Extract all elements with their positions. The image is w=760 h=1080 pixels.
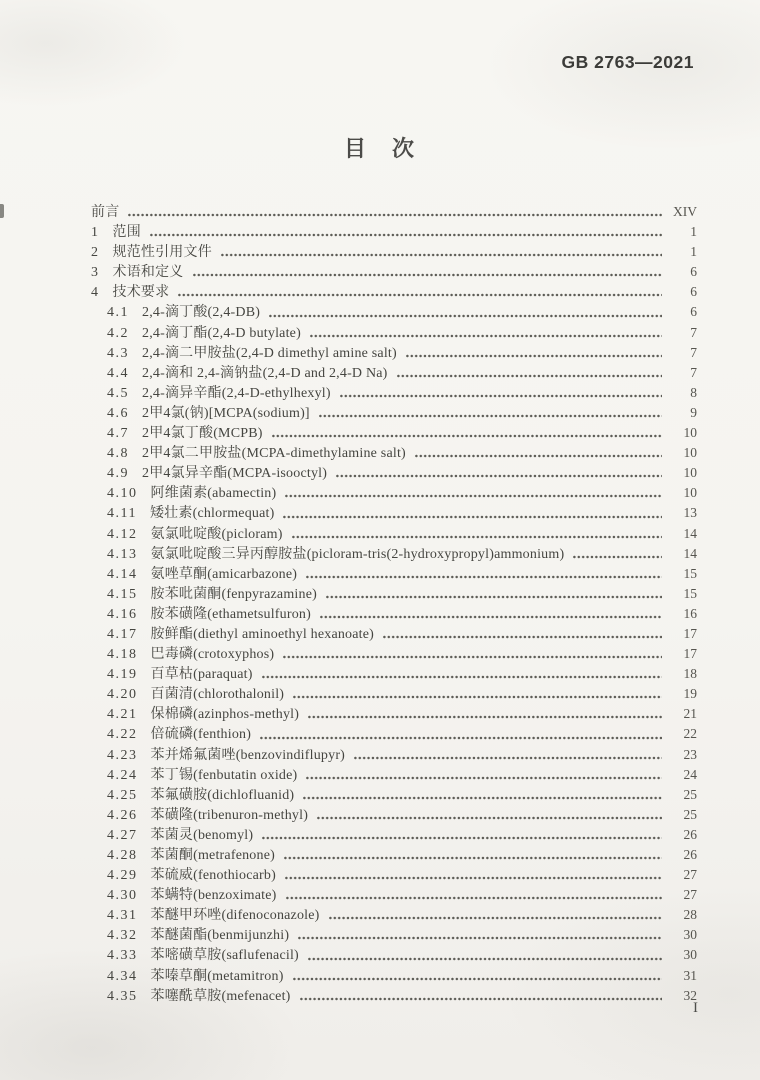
toc-entry: 4.32 苯醚菌酯(benmijunzhi) 30	[91, 924, 697, 944]
toc-entry: 4.14 氨唑草酮(amicarbazone) 15	[91, 563, 697, 583]
toc-entry-number: 4.22	[107, 727, 138, 743]
toc-entry: 4 技术要求 6	[91, 281, 697, 301]
toc-entry-page: 17	[667, 626, 697, 642]
toc-entry-number: 4.26	[107, 808, 138, 824]
toc-entry: 4.33 苯嘧磺草胺(saflufenacil) 30	[91, 944, 697, 964]
toc-entry: 4.34 苯嗪草酮(metamitron) 31	[91, 965, 697, 985]
toc-entry: 4.5 2,4-滴异辛酯(2,4-D-ethylhexyl) 8	[91, 382, 697, 402]
toc-entry-number: 4.20	[107, 687, 138, 703]
dotted-leader	[406, 354, 662, 358]
toc-entry: 4.15 胺苯吡菌酮(fenpyrazamine) 15	[91, 583, 697, 603]
dotted-leader	[285, 494, 662, 498]
toc-entry-number: 4.19	[107, 667, 138, 683]
toc-entry-page: 10	[667, 465, 697, 481]
toc-entry-page: 27	[667, 867, 697, 883]
toc-entry-label: 倍硫磷(fenthion)	[151, 723, 252, 743]
toc-entry-page: 6	[667, 284, 697, 300]
toc-entry-page: 21	[667, 706, 697, 722]
toc-entry-page: 6	[667, 264, 697, 280]
toc-entry-page: 30	[667, 927, 697, 943]
toc-entry: 4.30 苯螨特(benzoximate) 27	[91, 884, 697, 904]
toc-entry-label: 2,4-滴异辛酯(2,4-D-ethylhexyl)	[142, 382, 331, 402]
toc-entry: 4.8 2甲4氯二甲胺盐(MCPA-dimethylamine salt) 10	[91, 442, 697, 462]
toc-entry-page: 15	[667, 566, 697, 582]
toc-entry-page: 26	[667, 827, 697, 843]
dotted-leader	[303, 796, 662, 800]
document-page: GB 2763—2021 目 次 前言 XIV 1 范围 1 2 规范性引用文件…	[0, 0, 760, 1080]
dotted-leader	[573, 555, 662, 559]
dotted-leader	[329, 916, 662, 920]
scan-artifact	[0, 204, 4, 218]
toc-entry-label: 苯丁锡(fenbutatin oxide)	[151, 764, 298, 784]
toc-entry: 4.24 苯丁锡(fenbutatin oxide) 24	[91, 764, 697, 784]
dotted-leader	[340, 394, 662, 398]
toc-entry-number: 4.29	[107, 868, 138, 884]
toc-entry-page: 7	[667, 345, 697, 361]
standard-code: GB 2763—2021	[562, 52, 694, 73]
dotted-leader	[260, 736, 662, 740]
toc-entry-label: 苯噻酰草胺(mefenacet)	[151, 985, 291, 1005]
dotted-leader	[383, 635, 662, 639]
toc-entry: 2 规范性引用文件 1	[91, 241, 697, 261]
toc-entry-label: 苯螨特(benzoximate)	[151, 884, 277, 904]
toc-entry: 4.7 2甲4氯丁酸(MCPB) 10	[91, 422, 697, 442]
toc-entry-number: 4.34	[107, 969, 138, 985]
toc-entry-label: 前言	[91, 201, 119, 221]
dotted-leader	[221, 253, 662, 257]
toc-entry-label: 苯醚菌酯(benmijunzhi)	[151, 924, 290, 944]
toc-entry: 4.22 倍硫磷(fenthion) 22	[91, 723, 697, 743]
toc-entry-label: 苯嘧磺草胺(saflufenacil)	[151, 944, 299, 964]
toc-entry-number: 1	[91, 225, 100, 241]
toc-entry-label: 苯菌灵(benomyl)	[151, 824, 254, 844]
toc-entry-page: 10	[667, 445, 697, 461]
toc-entry-label: 苯氟磺胺(dichlofluanid)	[151, 784, 295, 804]
toc-entry-page: 30	[667, 947, 697, 963]
toc-entry-number: 4.8	[107, 446, 129, 462]
toc-entry-label: 术语和定义	[113, 261, 184, 281]
toc-entry-number: 4.17	[107, 627, 138, 643]
toc-entry-page: 10	[667, 485, 697, 501]
toc-entry-label: 2甲4氯(钠)[MCPA(sodium)]	[142, 402, 310, 422]
toc-entry-label: 2甲4氯异辛酯(MCPA-isooctyl)	[142, 462, 327, 482]
toc-entry-label: 阿维菌素(abamectin)	[151, 482, 277, 502]
toc-entry: 4.12 氨氯吡啶酸(picloram) 14	[91, 523, 697, 543]
toc-entry: 4.27 苯菌灵(benomyl) 26	[91, 824, 697, 844]
toc-entry-label: 矮壮素(chlormequat)	[150, 502, 275, 522]
toc-entry-label: 苯并烯氟菌唑(benzovindiflupyr)	[151, 744, 346, 764]
toc-entry-number: 4.7	[107, 426, 129, 442]
dotted-leader	[178, 293, 662, 297]
toc-entry-label: 2甲4氯二甲胺盐(MCPA-dimethylamine salt)	[142, 442, 406, 462]
toc-entry: 4.19 百草枯(paraquat) 18	[91, 663, 697, 683]
toc-entry-number: 4.25	[107, 788, 138, 804]
toc-entry-number: 4.23	[107, 748, 138, 764]
toc-entry-page: 28	[667, 907, 697, 923]
dotted-leader	[310, 334, 662, 338]
toc-entry-label: 2,4-滴丁酯(2,4-D butylate)	[142, 322, 301, 342]
toc-entry: 4.3 2,4-滴二甲胺盐(2,4-D dimethyl amine salt)…	[91, 342, 697, 362]
toc-entry-number: 4.33	[107, 948, 138, 964]
toc-entry: 4.4 2,4-滴和 2,4-滴钠盐(2,4-D and 2,4-D Na) 7	[91, 362, 697, 382]
toc-entry-label: 胺鲜酯(diethyl aminoethyl hexanoate)	[151, 623, 375, 643]
toc-entry: 4.35 苯噻酰草胺(mefenacet) 32	[91, 985, 697, 1005]
toc-entry-page: 7	[667, 325, 697, 341]
toc-entry-label: 苯菌酮(metrafenone)	[151, 844, 275, 864]
dotted-leader	[262, 675, 662, 679]
toc-entry-number: 4.30	[107, 888, 138, 904]
toc-entry-number: 4.35	[107, 989, 138, 1005]
dotted-leader	[306, 776, 662, 780]
toc-entry-page: 23	[667, 747, 697, 763]
toc-entry-page: 31	[667, 968, 697, 984]
toc-entry-number: 4.9	[107, 466, 129, 482]
dotted-leader	[306, 575, 662, 579]
toc-entry-label: 百草枯(paraquat)	[151, 663, 253, 683]
dotted-leader	[298, 936, 662, 940]
toc-entry: 4.11 矮壮素(chlormequat) 13	[91, 502, 697, 522]
dotted-leader	[283, 515, 662, 519]
toc-entry-page: 24	[667, 767, 697, 783]
dotted-leader	[308, 957, 662, 961]
toc-entry-label: 范围	[113, 221, 141, 241]
toc-entry-page: 14	[667, 546, 697, 562]
toc-entry-label: 2甲4氯丁酸(MCPB)	[142, 422, 263, 442]
toc-entry-label: 百菌清(chlorothalonil)	[151, 683, 285, 703]
toc-entry-page: 17	[667, 646, 697, 662]
dotted-leader	[292, 535, 662, 539]
dotted-leader	[354, 756, 662, 760]
toc-entry: 4.10 阿维菌素(abamectin) 10	[91, 482, 697, 502]
toc-entry: 4.26 苯磺隆(tribenuron-methyl) 25	[91, 804, 697, 824]
toc-entry-page: 25	[667, 787, 697, 803]
toc-entry-number: 4.6	[107, 406, 129, 422]
dotted-leader	[397, 374, 662, 378]
dotted-leader	[293, 977, 662, 981]
toc-entry-page: 8	[667, 385, 697, 401]
toc-entry-number: 2	[91, 245, 100, 261]
toc-entry-number: 4.2	[107, 326, 129, 342]
toc-entry-page: 10	[667, 425, 697, 441]
toc-entry-label: 苯嗪草酮(metamitron)	[151, 965, 284, 985]
toc-entry: 4.29 苯硫威(fenothiocarb) 27	[91, 864, 697, 884]
dotted-leader	[415, 454, 662, 458]
toc-entry: 3 术语和定义 6	[91, 261, 697, 281]
toc-entry-number: 3	[91, 265, 100, 281]
toc-entry-label: 规范性引用文件	[113, 241, 212, 261]
toc-entry-number: 4.28	[107, 848, 138, 864]
toc-entry: 4.18 巴毒磷(crotoxyphos) 17	[91, 643, 697, 663]
toc-entry-label: 2,4-滴和 2,4-滴钠盐(2,4-D and 2,4-D Na)	[142, 362, 388, 382]
toc-entry-page: 18	[667, 666, 697, 682]
toc-entry-number: 4.27	[107, 828, 138, 844]
dotted-leader	[193, 273, 663, 277]
toc-entry-page: 25	[667, 807, 697, 823]
dotted-leader	[272, 434, 662, 438]
toc-entry-number: 4.5	[107, 386, 129, 402]
toc-entry-number: 4.32	[107, 928, 138, 944]
toc-entry: 前言 XIV	[91, 201, 697, 221]
toc-entry-number: 4.15	[107, 587, 138, 603]
dotted-leader	[150, 233, 662, 237]
toc-entry-number: 4.1	[107, 305, 129, 321]
toc-entry-number: 4.12	[107, 527, 138, 543]
toc-entry: 4.25 苯氟磺胺(dichlofluanid) 25	[91, 784, 697, 804]
toc-entry-number: 4.24	[107, 768, 138, 784]
dotted-leader	[308, 715, 662, 719]
dotted-leader	[319, 414, 662, 418]
toc-entry-number: 4.14	[107, 567, 138, 583]
toc-entry: 4.28 苯菌酮(metrafenone) 26	[91, 844, 697, 864]
dotted-leader	[286, 896, 662, 900]
toc-entry-label: 氨氯吡啶酸三异丙醇胺盐(picloram-tris(2-hydroxypropy…	[151, 543, 565, 563]
toc-entry: 4.2 2,4-滴丁酯(2,4-D butylate) 7	[91, 322, 697, 342]
toc-entry-number: 4.11	[107, 506, 137, 522]
toc-entry-label: 胺苯吡菌酮(fenpyrazamine)	[151, 583, 318, 603]
toc-list: 前言 XIV 1 范围 1 2 规范性引用文件 1 3 术语和定义 6 4 技术…	[91, 201, 697, 1005]
toc-entry: 4.6 2甲4氯(钠)[MCPA(sodium)] 9	[91, 402, 697, 422]
toc-entry: 4.17 胺鲜酯(diethyl aminoethyl hexanoate) 1…	[91, 623, 697, 643]
toc-entry-label: 技术要求	[113, 281, 170, 301]
toc-entry: 4.20 百菌清(chlorothalonil) 19	[91, 683, 697, 703]
toc-entry: 4.21 保棉磷(azinphos-methyl) 21	[91, 703, 697, 723]
footer-page-number: I	[693, 1000, 698, 1017]
toc-entry-label: 苯磺隆(tribenuron-methyl)	[151, 804, 309, 824]
toc-entry-number: 4.21	[107, 707, 138, 723]
toc-entry: 4.1 2,4-滴丁酸(2,4-DB) 6	[91, 301, 697, 321]
toc-entry-label: 2,4-滴二甲胺盐(2,4-D dimethyl amine salt)	[142, 342, 397, 362]
toc-entry-label: 氨唑草酮(amicarbazone)	[151, 563, 298, 583]
toc-entry-page: 7	[667, 365, 697, 381]
dotted-leader	[326, 595, 662, 599]
toc-entry-page: 6	[667, 304, 697, 320]
dotted-leader	[317, 816, 662, 820]
toc-entry-number: 4.10	[107, 486, 138, 502]
toc-entry-number: 4.13	[107, 547, 138, 563]
dotted-leader	[269, 314, 662, 318]
toc-entry-number: 4.4	[107, 366, 129, 382]
toc-entry-label: 胺苯磺隆(ethametsulfuron)	[151, 603, 312, 623]
toc-entry: 4.9 2甲4氯异辛酯(MCPA-isooctyl) 10	[91, 462, 697, 482]
toc-entry-page: 1	[667, 244, 697, 260]
dotted-leader	[300, 997, 662, 1001]
dotted-leader	[336, 474, 662, 478]
toc-entry-page: XIV	[667, 204, 697, 220]
toc-entry-page: 16	[667, 606, 697, 622]
toc-entry-number: 4.31	[107, 908, 138, 924]
toc-entry-number: 4.16	[107, 607, 138, 623]
toc-entry: 4.16 胺苯磺隆(ethametsulfuron) 16	[91, 603, 697, 623]
toc-entry-number: 4	[91, 285, 100, 301]
toc-entry-page: 26	[667, 847, 697, 863]
dotted-leader	[293, 695, 662, 699]
toc-entry-page: 22	[667, 726, 697, 742]
toc-entry-page: 15	[667, 586, 697, 602]
toc-entry-page: 14	[667, 526, 697, 542]
toc-entry-page: 9	[667, 405, 697, 421]
toc-entry-label: 2,4-滴丁酸(2,4-DB)	[142, 301, 260, 321]
dotted-leader	[283, 655, 662, 659]
dotted-leader	[320, 615, 662, 619]
toc-entry: 1 范围 1	[91, 221, 697, 241]
toc-entry: 4.13 氨氯吡啶酸三异丙醇胺盐(picloram-tris(2-hydroxy…	[91, 543, 697, 563]
dotted-leader	[128, 213, 662, 217]
toc-entry-number: 4.3	[107, 346, 129, 362]
dotted-leader	[262, 836, 662, 840]
toc-entry-page: 1	[667, 224, 697, 240]
dotted-leader	[285, 876, 662, 880]
toc-entry: 4.31 苯醚甲环唑(difenoconazole) 28	[91, 904, 697, 924]
toc-entry-label: 保棉磷(azinphos-methyl)	[151, 703, 300, 723]
toc-entry-page: 13	[667, 505, 697, 521]
toc-entry-label: 巴毒磷(crotoxyphos)	[151, 643, 275, 663]
page-title: 目 次	[0, 132, 760, 163]
toc-entry: 4.23 苯并烯氟菌唑(benzovindiflupyr) 23	[91, 744, 697, 764]
toc-entry-page: 27	[667, 887, 697, 903]
toc-entry-number: 4.18	[107, 647, 138, 663]
toc-entry-page: 19	[667, 686, 697, 702]
dotted-leader	[284, 856, 662, 860]
toc-entry-label: 氨氯吡啶酸(picloram)	[151, 523, 283, 543]
toc-entry-label: 苯醚甲环唑(difenoconazole)	[151, 904, 320, 924]
toc-entry-label: 苯硫威(fenothiocarb)	[151, 864, 276, 884]
